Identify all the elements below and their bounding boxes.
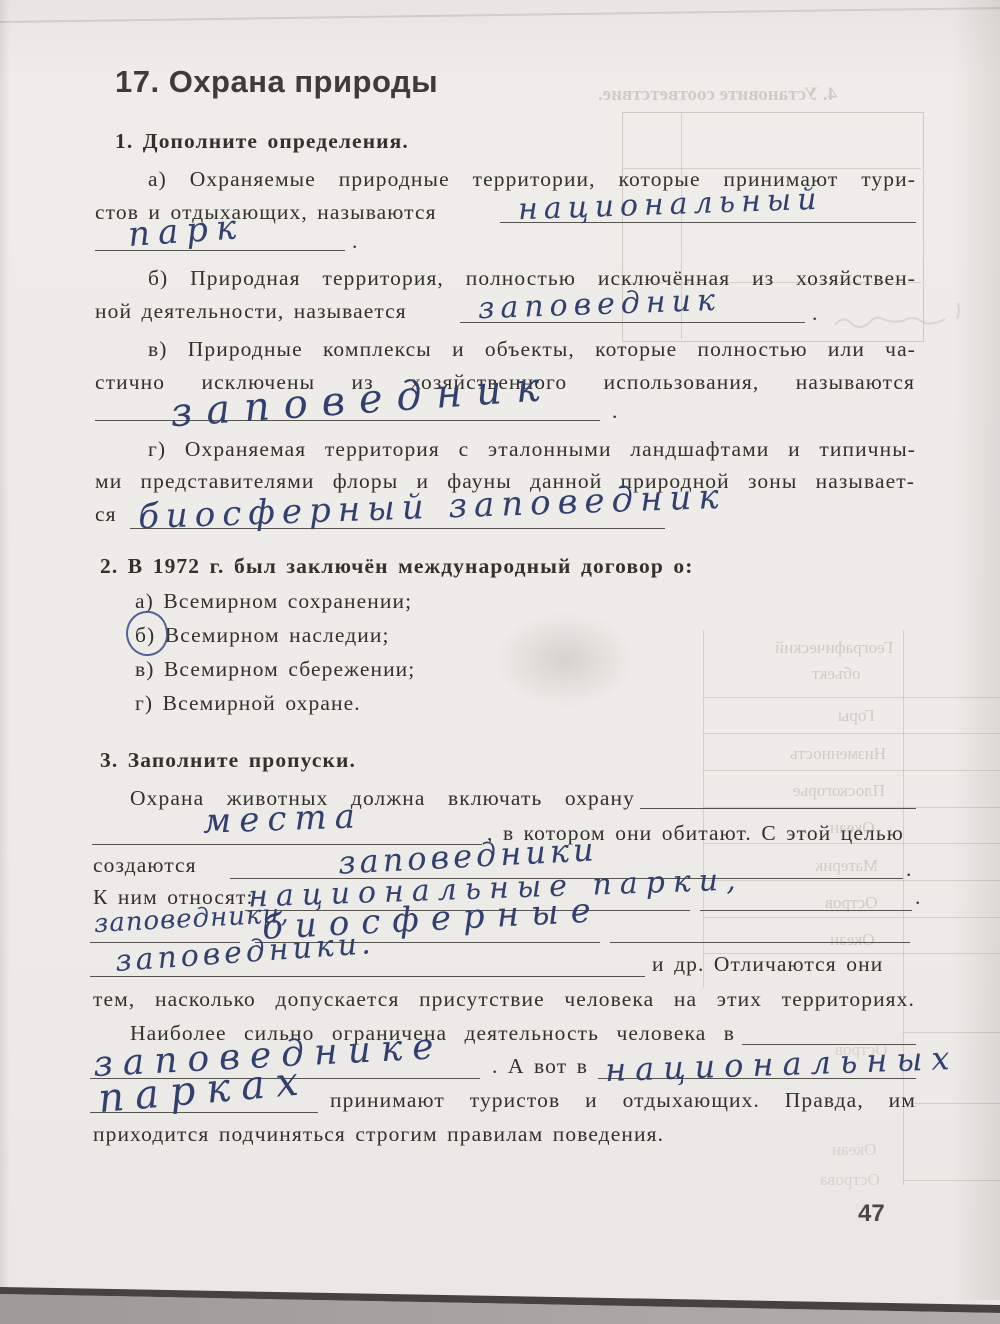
exercise1-heading: 1. Дополните определения. xyxy=(115,128,409,154)
ex3-line3: создаются xyxy=(93,852,197,878)
ex3-line8: . А вот в xyxy=(492,1053,588,1079)
period: . xyxy=(812,300,818,326)
definition-b-line1: б) Природная территория, полностью исклю… xyxy=(148,265,916,291)
ex3-line6: тем, насколько допускается присутствие ч… xyxy=(93,986,915,1012)
page-edge-shadow xyxy=(0,0,10,1290)
bleedthrough-heading: 4. Установите соответствие. xyxy=(598,84,837,106)
blank-underline xyxy=(700,910,912,911)
bleedthrough-word: Океан xyxy=(830,930,875,950)
option-v: в) Всемирном сбережении; xyxy=(135,656,415,682)
blank-underline xyxy=(90,976,645,977)
blank-underline xyxy=(640,808,916,809)
page-edge-shadow xyxy=(952,0,1000,1300)
bleedthrough-word: объект xyxy=(812,664,861,684)
ex3-line5: и др. Отличаются они xyxy=(652,951,883,977)
option-g: г) Всемирной охране. xyxy=(135,690,361,716)
bleedthrough-word: Плоскогорье xyxy=(793,781,885,801)
bleedthrough-word: Материк xyxy=(815,856,878,876)
definition-d-line1: г) Охраняемая территория с эталонными ла… xyxy=(148,436,916,462)
blank-underline xyxy=(610,942,910,943)
handwritten-answer-mesta: места xyxy=(202,799,363,839)
page-title: 17. Охрана природы xyxy=(115,64,438,100)
handwritten-answer-b: заповедник xyxy=(478,286,722,324)
definition-d-line3: ся xyxy=(95,501,117,527)
bleedthrough-line xyxy=(703,630,704,988)
ex3-line10: приходится подчиняться строгим правилам … xyxy=(93,1121,664,1147)
bleedthrough-word: Низменность xyxy=(790,744,886,764)
scanned-workbook-page: 4. Установите соответствие. Географическ… xyxy=(0,0,1000,1324)
period: . xyxy=(906,856,912,882)
page-number: 47 xyxy=(858,1200,885,1228)
definition-b-line2: ной деятельности, называется xyxy=(95,298,407,324)
period: . xyxy=(352,228,358,254)
option-a: а) Всемирном сохранении; xyxy=(135,588,412,614)
period: . xyxy=(915,884,921,910)
option-b: б) Всемирном наследии; xyxy=(135,622,390,648)
exercise3-heading: 3. Заполните пропуски. xyxy=(100,747,356,773)
handwritten-answer-a2: парк xyxy=(127,210,245,252)
ex3-line9: принимают туристов и отдыхающих. Правда,… xyxy=(330,1087,916,1113)
period: . xyxy=(612,398,618,424)
bleedthrough-word: Географический xyxy=(775,638,893,658)
definition-c-line1: в) Природные комплексы и объекты, которы… xyxy=(148,336,916,362)
bleedthrough-word: Океан xyxy=(832,1140,877,1160)
bleedthrough-word: Острова xyxy=(820,1170,880,1190)
bleedthrough-word: Горы xyxy=(838,706,875,726)
paper-smudge xyxy=(495,612,635,707)
exercise2-heading: 2. В 1972 г. был заключён международный … xyxy=(100,553,694,579)
